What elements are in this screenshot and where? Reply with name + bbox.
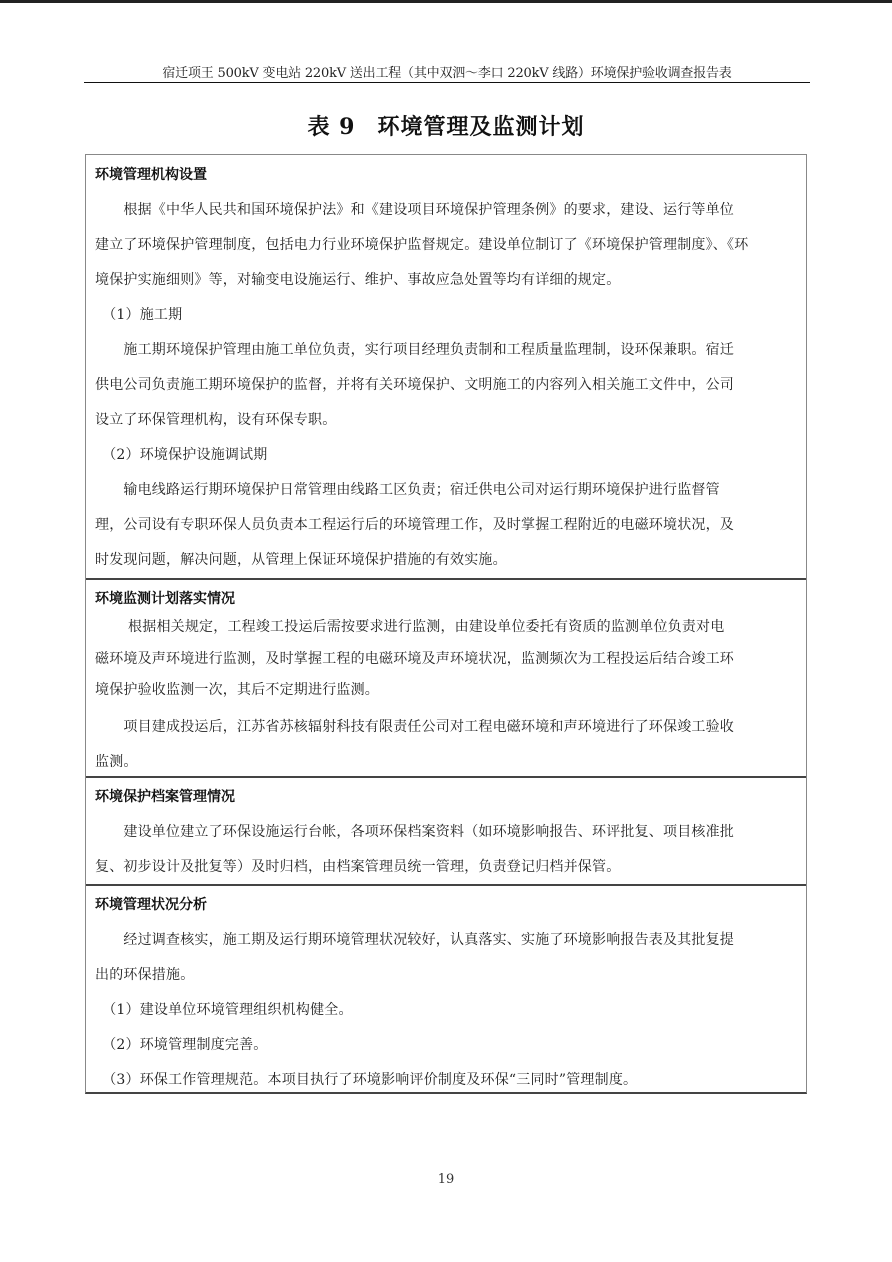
list-item: （2）环境管理制度完善。: [95, 1034, 801, 1054]
page-title: 表 9环境管理及监测计划: [0, 110, 892, 141]
paragraph-line: 供电公司负责施工期环境保护的监督，并将有关环境保护、文明施工的内容列入相关施工文…: [95, 374, 801, 394]
paragraph-line: 项目建成投运后，江苏省苏核辐射科技有限责任公司对工程电磁环境和声环境进行了环保竣…: [95, 716, 801, 736]
paragraph-line: 复、初步设计及批复等）及时归档，由档案管理员统一管理，负责登记归档并保管。: [95, 856, 801, 876]
management-table: 环境管理机构设置 根据《中华人民共和国环境保护法》和《建设项目环境保护管理条例》…: [85, 154, 807, 1094]
section-title: 环境管理机构设置: [95, 164, 207, 184]
paragraph-line: 建立了环境保护管理制度，包括电力行业环境保护监督规定。建设单位制订了《环境保护管…: [95, 234, 801, 254]
paragraph-line: 施工期环境保护管理由施工单位负责，实行项目经理负责制和工程质量监理制，设环保兼职…: [95, 339, 801, 359]
list-item: （3）环保工作管理规范。本项目执行了环境影响评价制度及环保“三同时”管理制度。: [95, 1069, 801, 1089]
paragraph-line: 境保护验收监测一次，其后不定期进行监测。: [95, 679, 801, 699]
table-number: 表 9: [308, 114, 356, 140]
running-header: 宿迁项王 500kV 变电站 220kV 送出工程（其中双泗～李口 220kV …: [84, 62, 810, 81]
table-title-text: 环境管理及监测计划: [377, 114, 584, 140]
subheading-construction: （1）施工期: [95, 304, 801, 324]
top-border-rule: [0, 0, 892, 3]
header-rule: [84, 82, 810, 83]
paragraph-line: 根据《中华人民共和国环境保护法》和《建设项目环境保护管理条例》的要求，建设、运行…: [95, 199, 801, 219]
paragraph-line: 境保护实施细则》等，对输变电设施运行、维护、事故应急处置等均有详细的规定。: [95, 269, 801, 289]
paragraph-line: 经过调查核实，施工期及运行期环境管理状况较好，认真落实、实施了环境影响报告表及其…: [95, 929, 801, 949]
section-title: 环境监测计划落实情况: [95, 588, 235, 608]
section-title: 环境管理状况分析: [95, 894, 207, 914]
paragraph-line: 根据相关规定，工程竣工投运后需按要求进行监测，由建设单位委托有资质的监测单位负责…: [95, 616, 801, 636]
section-monitoring-plan: 环境监测计划落实情况 根据相关规定，工程竣工投运后需按要求进行监测，由建设单位委…: [86, 578, 806, 776]
section-title: 环境保护档案管理情况: [95, 786, 235, 806]
paragraph-line: 监测。: [95, 751, 801, 771]
list-item: （1）建设单位环境管理组织机构健全。: [95, 999, 801, 1019]
paragraph-line: 建设单位建立了环保设施运行台帐，各项环保档案资料（如环境影响报告、环评批复、项目…: [95, 821, 801, 841]
paragraph-line: 理，公司设有专职环保人员负责本工程运行后的环境管理工作，及时掌握工程附近的电磁环…: [95, 514, 801, 534]
paragraph-line: 时发现问题，解决问题，从管理上保证环境保护措施的有效实施。: [95, 549, 801, 569]
paragraph-line: 磁环境及声环境进行监测，及时掌握工程的电磁环境及声环境状况，监测频次为工程投运后…: [95, 648, 801, 668]
page-number: 19: [0, 1172, 892, 1187]
section-archive-management: 环境保护档案管理情况 建设单位建立了环保设施运行台帐，各项环保档案资料（如环境影…: [86, 776, 806, 884]
paragraph-line: 输电线路运行期环境保护日常管理由线路工区负责；宿迁供电公司对运行期环境保护进行监…: [95, 479, 801, 499]
section-management-organization: 环境管理机构设置 根据《中华人民共和国环境保护法》和《建设项目环境保护管理条例》…: [86, 155, 806, 578]
subheading-commissioning: （2）环境保护设施调试期: [95, 444, 801, 464]
paragraph-line: 出的环保措施。: [95, 964, 801, 984]
paragraph-line: 设立了环保管理机构，设有环保专职。: [95, 409, 801, 429]
section-management-analysis: 环境管理状况分析 经过调查核实，施工期及运行期环境管理状况较好，认真落实、实施了…: [86, 884, 806, 1093]
